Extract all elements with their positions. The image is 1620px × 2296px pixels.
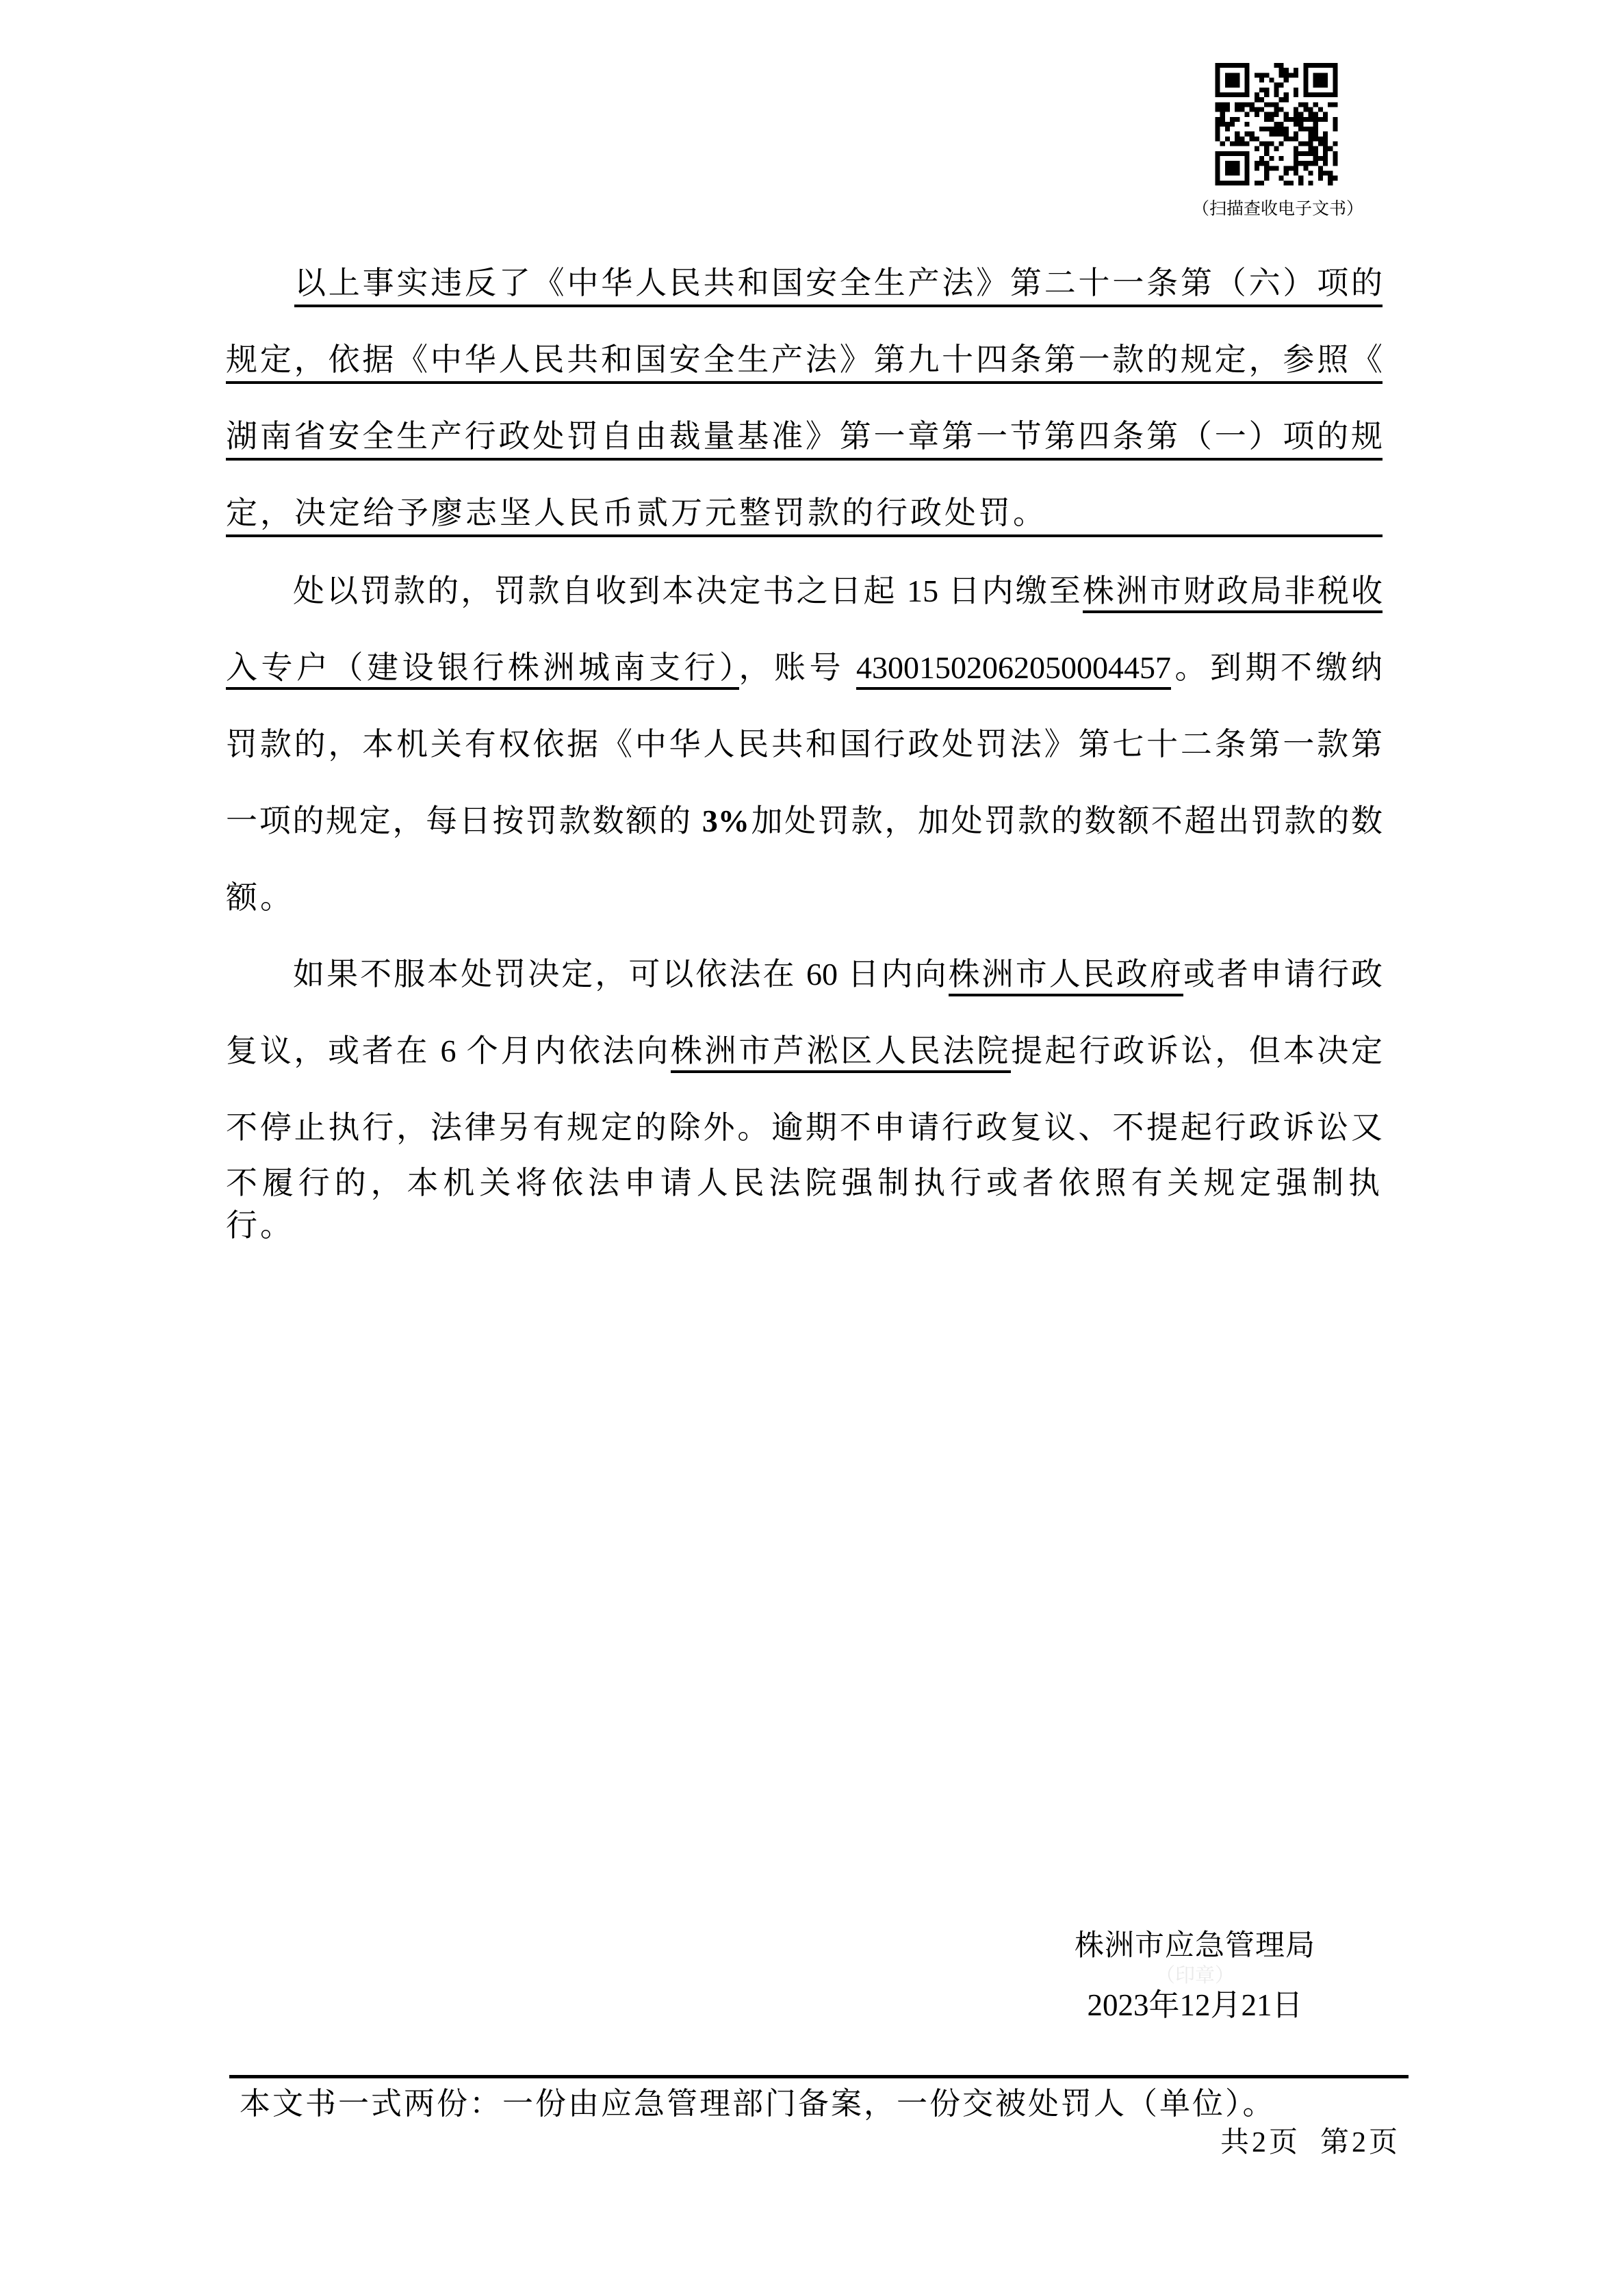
- text-line: 复议，或者在 6 个月内依法向株洲市芦淞区人民法院提起行政诉讼，但本决定: [226, 1013, 1383, 1089]
- text-line: 处以罚款的，罚款自收到本决定书之日起 15 日内缴至株洲市财政局非税收: [226, 553, 1383, 630]
- qr-block: （扫描查收电子文书）: [1192, 63, 1361, 220]
- footer-divider: [229, 2075, 1409, 2078]
- text-segment: 如果不服本处罚决定，可以依法在 60 日内向: [226, 957, 949, 992]
- text-segment: 株洲市人民政府: [949, 957, 1183, 996]
- text-line: 额。: [226, 860, 1383, 936]
- footer-note: 本文书一式两份：一份由应急管理部门备案，一份交被处罚人（单位）。: [240, 2086, 1276, 2121]
- text-line: 不停止执行，法律另有规定的除外。逾期不申请行政复议、不提起行政诉讼又: [226, 1089, 1383, 1166]
- text-segment: 不履行的，本机关将依法申请人民法院强制执行或者依照有关规定强制执行。: [226, 1165, 1383, 1243]
- text-segment: 湖南省安全生产行政处罚自由裁量基准》第一章第一节第四条第（一）项的规: [226, 419, 1383, 454]
- text-segment: 株洲市财政局非税收: [1083, 573, 1383, 613]
- text-line: 不履行的，本机关将依法申请人民法院强制执行或者依照有关规定强制执行。: [226, 1166, 1383, 1243]
- text-line: 湖南省安全生产行政处罚自由裁量基准》第一章第一节第四条第（一）项的规: [226, 400, 1383, 476]
- text-segment: 入专户（建设银行株洲城南支行）: [226, 650, 739, 690]
- text-line: 入专户（建设银行株洲城南支行），账号 43001502062050004457。…: [226, 630, 1383, 706]
- signature-block: 株洲市应急管理局 （印章） 2023年12月21日: [1065, 1929, 1325, 2023]
- seal-note: （印章）: [1065, 1964, 1325, 1987]
- text-segment: 株洲市芦淞区人民法院: [671, 1033, 1011, 1073]
- text-segment: 。到期不缴纳: [1171, 650, 1383, 685]
- text-segment: 不停止执行，法律另有规定的除外。逾期不申请行政复议、不提起行政诉讼又: [226, 1110, 1383, 1145]
- text-line: 以上事实违反了《中华人民共和国安全生产法》第二十一条第（六）项的: [226, 246, 1383, 323]
- document-body: 以上事实违反了《中华人民共和国安全生产法》第二十一条第（六）项的规定，依据《中华…: [226, 246, 1383, 1243]
- page-number: 共2页 第2页: [1220, 2126, 1400, 2160]
- signature-org: 株洲市应急管理局: [1065, 1929, 1325, 1964]
- signature-date: 2023年12月21日: [1065, 1987, 1325, 2023]
- text-segment: 额。: [226, 880, 294, 915]
- text-line: 一项的规定，每日按罚款数额的 3%加处罚款，加处罚款的数额不超出罚款的数: [226, 783, 1383, 860]
- text-segment: 或者申请行政: [1183, 957, 1383, 992]
- text-line: 定，决定给予廖志坚人民币贰万元整罚款的行政处罚。: [226, 476, 1383, 553]
- text-segment: 以上事实违反了《中华人民共和国安全生产法》第二十一条第（六）项的: [294, 266, 1383, 300]
- text-segment: 定，决定给予廖志坚人民币贰万元整罚款的行政处罚。: [226, 495, 1047, 530]
- text-segment: 复议，或者在 6 个月内依法向: [226, 1033, 671, 1068]
- text-segment: 加处罚款，加处罚款的数额不超出罚款的数: [749, 803, 1383, 838]
- text-segment: 提起行政诉讼，但本决定: [1011, 1033, 1383, 1068]
- text-segment: 处以罚款的，罚款自收到本决定书之日起 15 日内缴至: [226, 573, 1083, 608]
- text-segment: ，账号: [739, 650, 857, 685]
- text-segment: 43001502062050004457: [856, 650, 1171, 690]
- text-segment: 罚款的，本机关有权依据《中华人民共和国行政处罚法》第七十二条第一款第: [226, 727, 1383, 762]
- text-line: 罚款的，本机关有权依据《中华人民共和国行政处罚法》第七十二条第一款第: [226, 706, 1383, 783]
- text-segment: 规定，依据《中华人民共和国安全生产法》第九十四条第一款的规定，参照《: [226, 342, 1383, 377]
- text-line: 如果不服本处罚决定，可以依法在 60 日内向株洲市人民政府或者申请行政: [226, 936, 1383, 1013]
- qr-caption: （扫描查收电子文书）: [1192, 195, 1361, 220]
- text-line: 规定，依据《中华人民共和国安全生产法》第九十四条第一款的规定，参照《: [226, 323, 1383, 400]
- qr-code-icon: [1213, 63, 1339, 185]
- text-segment: 一项的规定，每日按罚款数额的: [226, 803, 702, 838]
- text-segment: 3%: [702, 803, 749, 838]
- document-page: （扫描查收电子文书） 以上事实违反了《中华人民共和国安全生产法》第二十一条第（六…: [0, 0, 1620, 2296]
